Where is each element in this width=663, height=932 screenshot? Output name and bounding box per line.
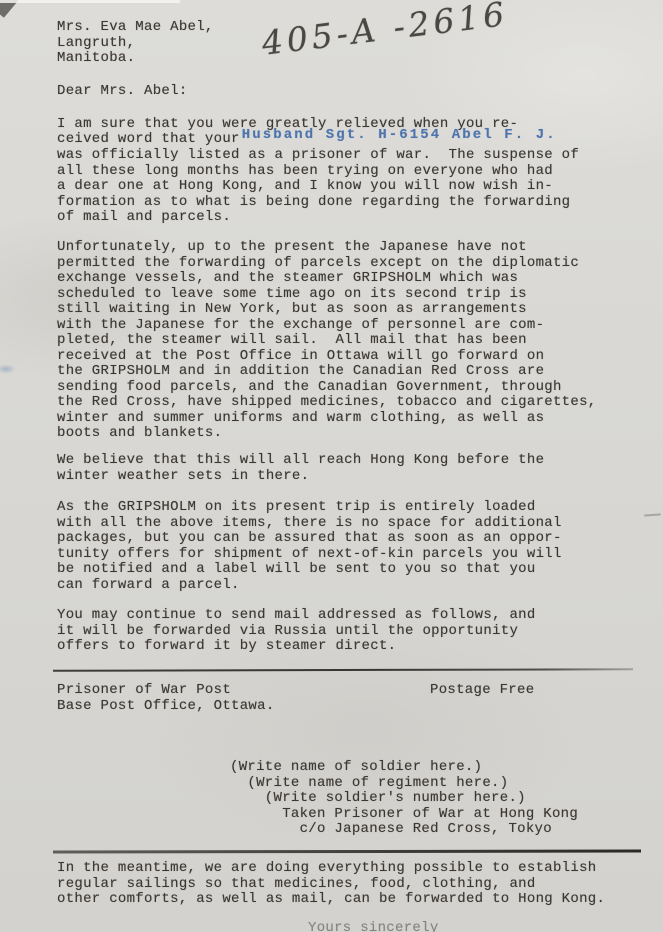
- paragraph-3: We believe that this will all reach Hong…: [57, 453, 544, 484]
- pow-post-address: Prisoner of War Post Base Post Office, O…: [57, 683, 275, 714]
- paragraph-4: As the GRIPSHOLM on its present trip is …: [57, 500, 562, 593]
- postage-free-label: Postage Free: [430, 683, 534, 699]
- soldier-name-blue-insert: Husband Sgt. H-6154 Abel F. J.: [242, 127, 557, 143]
- divider-line-top: [53, 668, 633, 672]
- recipient-address: Mrs. Eva Mae Abel, Langruth, Manitoba.: [57, 20, 214, 67]
- scan-edge-artifact: [0, 0, 180, 3]
- paper-stain: [0, 364, 16, 374]
- file-number-annotation: 405-A -2616: [260, 0, 511, 63]
- divider-line-bottom: [53, 849, 641, 853]
- mailing-address-template: (Write name of soldier here.) (Write nam…: [230, 760, 578, 838]
- pen-mark: [644, 513, 661, 516]
- paragraph-1-line-2-prefix: ceived word that your: [57, 131, 240, 147]
- paragraph-6: In the meantime, we are doing everything…: [57, 861, 605, 908]
- closing-partial: Yours sincerely: [308, 921, 439, 932]
- paragraph-2: Unfortunately, up to the present the Jap…: [57, 240, 596, 442]
- salutation: Dear Mrs. Abel:: [57, 84, 188, 100]
- paragraph-1-rest: was officially listed as a prisoner of w…: [57, 148, 579, 226]
- paragraph-5: You may continue to send mail addressed …: [57, 608, 536, 655]
- paragraph-1-line-2: ceived word that yourHusband Sgt. H-6154…: [57, 132, 557, 148]
- letter-page: Mrs. Eva Mae Abel, Langruth, Manitoba. 4…: [0, 0, 663, 932]
